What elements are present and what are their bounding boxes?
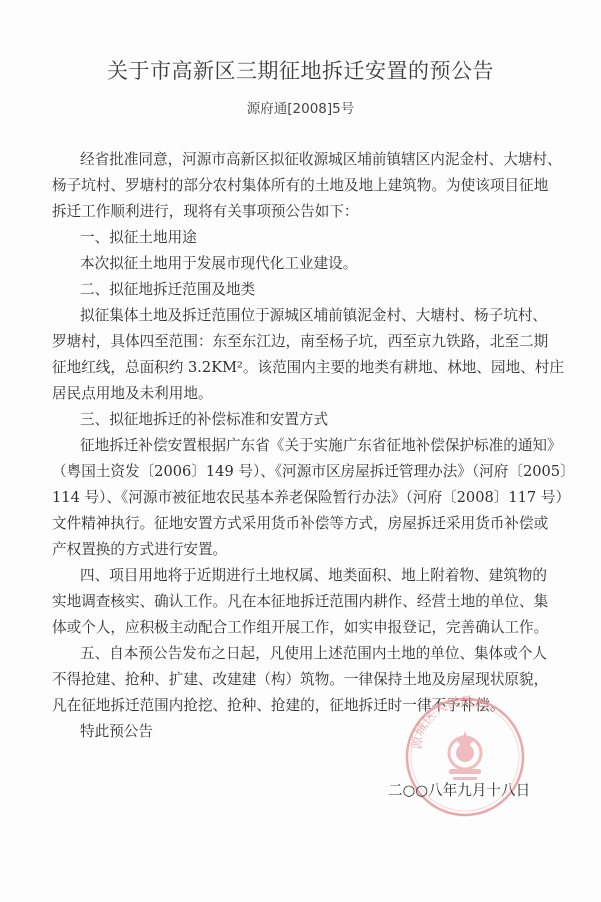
- body-line: 五、自本预公告发布之日起，凡使用上述范围内土地的单位、集体或个人: [80, 644, 547, 664]
- body-line: 经省批准同意，河源市高新区拟征收源城区埔前镇辖区内泥金村、大塘村、: [80, 150, 562, 170]
- official-seal-icon: 源城区人民政府: [403, 695, 527, 819]
- body-line: 杨子坑村、罗塘村的部分农村集体所有的土地及地上建筑物。为使该项目征地: [52, 176, 548, 196]
- body-line: 体或个人，应积极主动配合工作组开展工作，如实申报登记，完善确认工作。: [52, 618, 548, 638]
- body-line: 一、拟征土地用途: [80, 228, 197, 248]
- body-line: 居民点用地及未利用地。: [52, 384, 213, 404]
- body-line: 三、拟征地拆迁的补偿标准和安置方式: [80, 410, 328, 430]
- body-line: 114 号）、《河源市被征地农民基本养老保险暂行办法》（河府〔2008〕117 …: [52, 488, 570, 508]
- document-title: 关于市高新区三期征地拆迁安置的预公告: [0, 55, 601, 85]
- document-number: 源府通[2008]5号: [0, 97, 601, 117]
- body-line: 特此预公告: [80, 722, 153, 742]
- body-line: 实地调查核实、确认工作。凡在本征地拆迁范围内耕作、经营土地的单位、集: [52, 592, 548, 612]
- body-line: 拆迁工作顺利进行，现将有关事项预公告如下：: [52, 202, 358, 222]
- body-line: 罗塘村，具体四至范围：东至东江边，南至杨子坑，西至京九铁路，北至二期: [52, 332, 548, 352]
- body-line: 二、拟征地拆迁范围及地类: [80, 280, 255, 300]
- body-line: 拟征集体土地及拆迁范围位于源城区埔前镇泥金村、大塘村、杨子坑村、: [80, 306, 547, 326]
- body-line: 征地红线，总面积约 3.2KM²。该范围内主要的地类有耕地、林地、园地、村庄: [52, 358, 564, 378]
- body-line: 产权置换的方式进行安置。: [52, 540, 227, 560]
- body-line: （粤国土资发〔2006〕149 号）、《河源市区房屋拆迁管理办法》（河府〔200…: [52, 462, 575, 482]
- body-line: 征地拆迁补偿安置根据广东省《关于实施广东省征地补偿保护标准的通知》: [80, 436, 562, 456]
- document-page: 关于市高新区三期征地拆迁安置的预公告 源府通[2008]5号 经省批准同意，河源…: [0, 0, 601, 902]
- body-line: 本次拟征土地用于发展市现代化工业建设。: [80, 254, 357, 274]
- document-date: 二○○八年九月十八日: [388, 779, 530, 800]
- body-line: 四、项目用地将于近期进行土地权属、地类面积、地上附着物、建筑物的: [80, 566, 547, 586]
- body-line: 不得抢建、抢种、扩建、改建建（构）筑物。一律保持土地及房屋现状原貌，: [52, 670, 548, 690]
- body-line: 文件精神执行。征地安置方式采用货币补偿等方式，房屋拆迁采用货币补偿或: [52, 514, 548, 534]
